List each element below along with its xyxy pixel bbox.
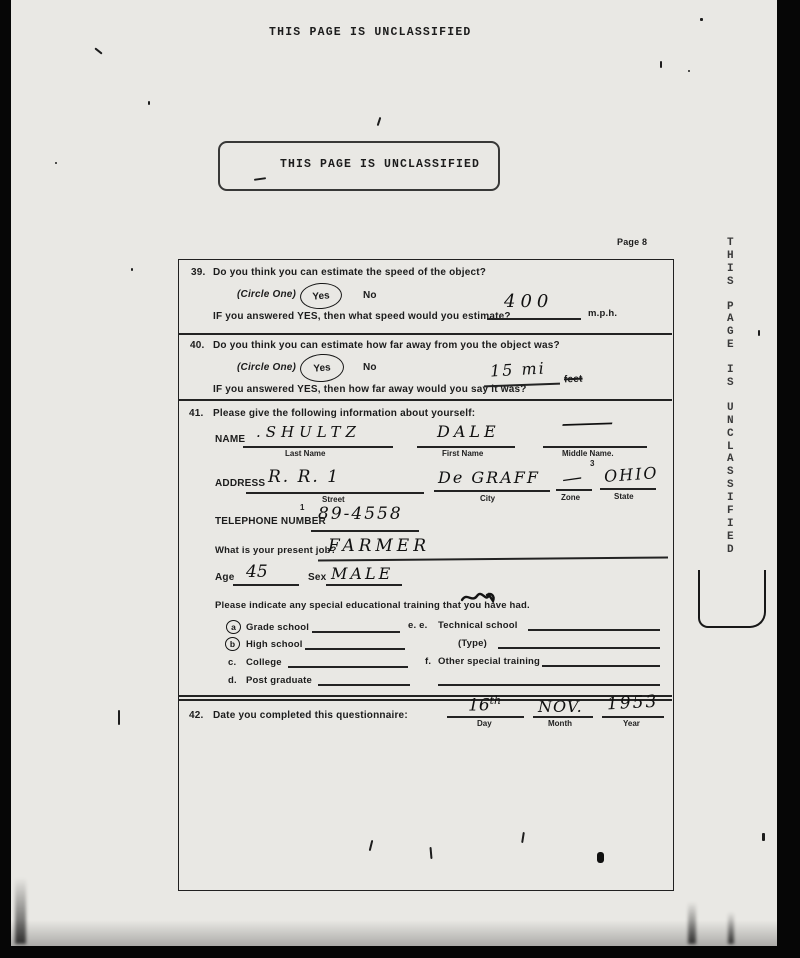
q42-month-handwritten: NOV. — [538, 697, 583, 716]
address-field-label: ADDRESS — [215, 478, 265, 489]
q42-month-line — [533, 716, 593, 718]
state-line — [600, 488, 656, 490]
scan-smudge — [688, 902, 696, 944]
divider-q41-q42-a — [178, 695, 672, 697]
middle-name-handwritten-dash: — — [559, 417, 615, 429]
q41-text: Please give the following information ab… — [213, 408, 475, 419]
education-e-letter: e. e. — [408, 620, 428, 631]
education-f-extra-line — [438, 684, 660, 686]
sex-field-label: Sex — [308, 572, 326, 583]
education-d-letter: d. — [228, 675, 237, 686]
state-handwritten: OHIO — [603, 463, 659, 486]
education-type-label: (Type) — [458, 638, 487, 649]
education-e-label: Technical school — [438, 620, 518, 631]
city-sublabel: City — [480, 494, 495, 503]
first-name-sublabel: First Name — [442, 449, 483, 458]
scan-speck — [148, 101, 150, 105]
education-b-line — [305, 648, 405, 650]
scan-smudge — [728, 912, 734, 944]
first-name-line — [417, 446, 515, 448]
sex-handwritten: MALE — [331, 564, 393, 583]
state-sublabel: State — [614, 492, 634, 501]
education-d-label: Post graduate — [246, 675, 312, 686]
street-line — [246, 492, 424, 494]
q40-followup: IF you answered YES, then how far away w… — [213, 384, 527, 395]
education-e-line — [528, 629, 660, 631]
side-unclassified-text: THISPAGEISUNCLASSIFIED — [727, 237, 734, 557]
unclassified-banner: THIS PAGE IS UNCLASSIFIED — [269, 26, 472, 39]
q42-text: Date you completed this questionnaire: — [213, 710, 408, 721]
q42-year-line — [602, 716, 664, 718]
handwritten-scribble — [460, 588, 498, 610]
unclassified-stamp: THIS PAGE IS UNCLASSIFIED — [218, 141, 500, 191]
education-c-label: College — [246, 657, 282, 668]
q39-text: Do you think you can estimate the speed … — [213, 267, 486, 278]
name-field-label: NAME — [215, 434, 245, 445]
q39-circle-one-label: (Circle One) — [237, 289, 296, 300]
q40-yes-label: Yes — [313, 362, 331, 374]
age-field-label: Age — [215, 572, 235, 583]
q42-day-handwritten: 16th — [468, 694, 501, 716]
last-name-sublabel: Last Name — [285, 449, 325, 458]
scan-speck — [700, 18, 703, 21]
q41-number: 41. — [189, 408, 204, 419]
scan-speck — [55, 162, 57, 164]
education-b-label: High school — [246, 639, 303, 650]
scan-speck — [688, 70, 690, 72]
street-sublabel: Street — [322, 495, 345, 504]
scan-speck — [660, 61, 662, 68]
sex-line — [326, 584, 402, 586]
middle-name-sublabel: Middle Name. — [562, 449, 614, 458]
divider-q39-q40 — [178, 333, 672, 335]
q39-followup: IF you answered YES, then what speed wou… — [213, 311, 511, 322]
education-f-label: Other special training — [438, 656, 540, 667]
education-a-line — [312, 631, 400, 633]
phone-handwritten: 89-4558 — [318, 504, 403, 524]
scan-smudge — [15, 878, 26, 944]
education-c-line — [288, 666, 408, 668]
q42-month-sublabel: Month — [548, 719, 572, 728]
education-f-line — [542, 665, 660, 667]
q39-no-label: No — [363, 290, 377, 301]
q39-yes-label: Yes — [312, 290, 330, 302]
middle-name-line — [543, 446, 647, 448]
ink-blot — [597, 852, 604, 863]
education-type-line — [498, 647, 660, 649]
q39-answer-handwritten: 400 — [504, 291, 553, 312]
education-a-label: Grade school — [246, 622, 309, 633]
q40-unit-crossed-out: feet — [564, 374, 583, 386]
education-c-letter: c. — [228, 657, 236, 668]
zone-sublabel: Zone — [561, 493, 580, 502]
page-number: Page 8 — [617, 237, 647, 247]
city-handwritten: De GRAFF — [438, 468, 540, 487]
scan-speck — [131, 268, 133, 271]
divider-q40-q41 — [178, 399, 672, 401]
education-d-line — [318, 684, 410, 686]
divider-q41-q42-b — [178, 699, 672, 701]
city-line — [434, 490, 550, 492]
middle-name-stray-mark: 3 — [590, 459, 594, 468]
q42-day-sublabel: Day — [477, 719, 492, 728]
q42-day-line — [447, 716, 524, 718]
q39-answer-line — [487, 318, 581, 320]
age-handwritten: 45 — [246, 562, 268, 582]
q40-circle-one-label: (Circle One) — [237, 362, 296, 373]
phone-field-label: TELEPHONE NUMBER — [215, 516, 326, 527]
q42-number: 42. — [189, 710, 204, 721]
last-name-line — [243, 446, 393, 448]
job-field-label: What is your present job? — [215, 545, 337, 556]
q40-number: 40. — [190, 340, 205, 351]
scan-speck — [758, 330, 760, 336]
scanned-document-page: THIS PAGE IS UNCLASSIFIED THIS PAGE IS U… — [0, 0, 800, 958]
education-f-letter: f. — [425, 656, 431, 667]
q39-number: 39. — [191, 267, 206, 278]
zone-handwritten-dash: — — [561, 471, 582, 484]
first-name-handwritten: DALE — [437, 422, 500, 441]
last-name-handwritten: .SHULTZ — [256, 423, 361, 441]
street-handwritten: R. R. 1 — [268, 467, 340, 487]
street-stray-mark: 1 — [300, 503, 304, 512]
scan-speck — [762, 833, 765, 841]
q42-year-handwritten: 1953 — [607, 692, 659, 715]
q40-no-label: No — [363, 362, 377, 373]
partial-stamp-outline — [698, 570, 766, 628]
age-line — [233, 584, 299, 586]
q40-text: Do you think you can estimate how far aw… — [213, 340, 560, 351]
education-b-circled-letter: b — [225, 637, 240, 651]
job-handwritten: FARMER — [328, 536, 430, 556]
q40-answer-handwritten: 15 mi — [490, 359, 547, 381]
education-a-circled-letter: a — [226, 620, 241, 634]
scan-speck — [118, 710, 120, 725]
q39-unit-label: m.p.h. — [588, 308, 617, 319]
phone-line — [311, 530, 419, 532]
q42-year-sublabel: Year — [623, 719, 640, 728]
unclassified-stamp-text: THIS PAGE IS UNCLASSIFIED — [280, 158, 480, 171]
